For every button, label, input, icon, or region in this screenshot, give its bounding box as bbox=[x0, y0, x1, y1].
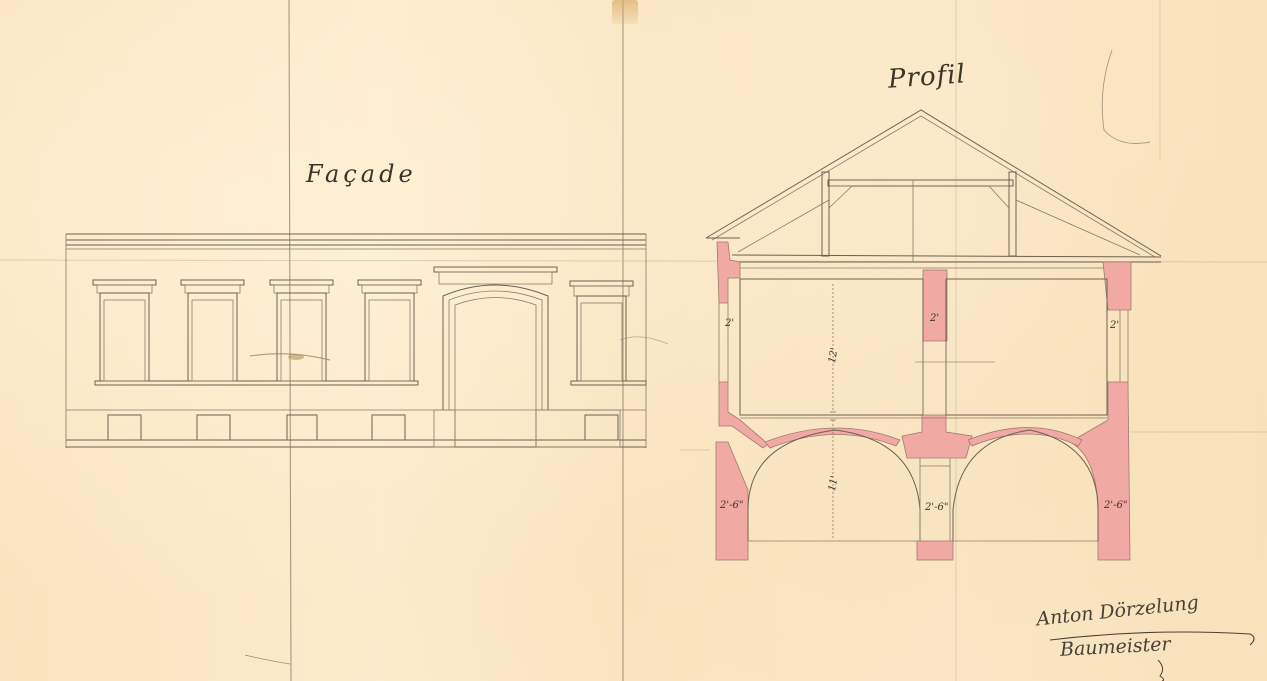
profil-title: Profil bbox=[887, 59, 967, 94]
dim-right-lower-wall: 2'-6" bbox=[1104, 500, 1127, 511]
dim-middle-upper-wall: 2' bbox=[930, 313, 939, 324]
facade-basement-vents bbox=[108, 415, 618, 440]
facade-window-4 bbox=[358, 280, 421, 381]
facade-title: Façade bbox=[306, 160, 417, 188]
profil-section bbox=[706, 50, 1161, 560]
facade-window-1 bbox=[93, 280, 156, 381]
dim-middle-pier: 2'-6" bbox=[925, 502, 948, 513]
dim-right-upper-wall: 2' bbox=[1110, 320, 1119, 331]
tape-stain bbox=[612, 0, 638, 24]
drawing-sheet: Façade Profil 2' 2' 2' 12' 11' 2'-6" 2'-… bbox=[0, 0, 1267, 681]
facade-window-2 bbox=[181, 280, 244, 381]
facade-window-3 bbox=[270, 280, 333, 381]
facade-door bbox=[434, 267, 620, 447]
facade-elevation bbox=[66, 234, 668, 448]
drawing-canvas bbox=[0, 0, 1267, 681]
dim-left-lower-wall: 2'-6" bbox=[720, 500, 743, 511]
fold-lines bbox=[0, 0, 1267, 681]
dim-left-upper-wall: 2' bbox=[725, 318, 734, 329]
